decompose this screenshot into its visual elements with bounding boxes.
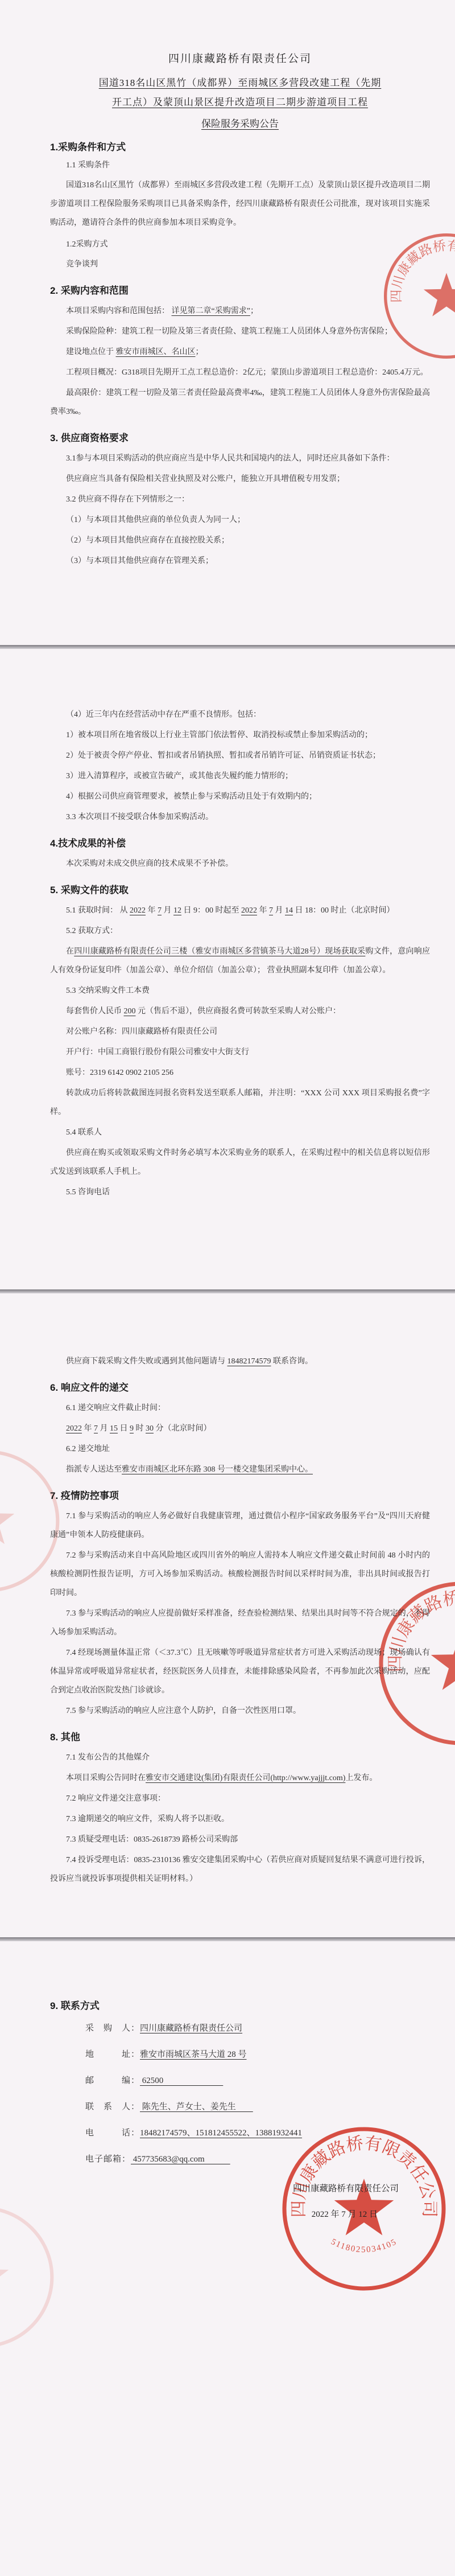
page-4: 9. 联系方式采 购 人：四川康藏路桥有限责任公司地 址：雅安市雨城区茶马大道 … [0, 1941, 455, 2576]
para-text: 工程项目概况：G318项目先期开工点工程总造价：2亿元；蒙顶山步游道项目工程总造… [50, 363, 430, 382]
text-segment: 雅安市交通建设(集团)有限责任公司(http://www.yajjjt.com) [146, 1774, 345, 1782]
para-text: 3）进入清算程序，或被宣告破产，或其他丧失履约能力情形的； [50, 767, 430, 786]
para-text: 5.1 获取时间： 从 2022 年 7 月 12 日 9：00 时起至 202… [50, 901, 430, 920]
contact-label: 采 购 人： [85, 2024, 140, 2033]
para-text: 在四川康藏路桥有限责任公司三楼（雅安市雨城区多营镇茶马大道28号）现场获取采购文… [50, 942, 430, 980]
para-text: 7.1 发布公告的其他媒介 [50, 1748, 430, 1767]
para-text: 7.5 参与采购活动的响应人应注意个人防护，自备一次性医用口罩。 [50, 1702, 430, 1720]
para-text: 7.3 参与采购活动的响应人应提前做好采样准备，经查验检测结果、结果出具时间等不… [50, 1604, 430, 1642]
page-divider [0, 645, 455, 649]
text-segment: 2022 [66, 1424, 82, 1433]
para-text: 指派专人送达至雅安市雨城区北环东路 308 号一楼交建集团采购中心。 [50, 1460, 430, 1479]
para-text: 5.3 交纳采购文件工本费 [50, 981, 430, 1000]
document-company: 四川康藏路桥有限责任公司 [50, 50, 430, 65]
text-segment: 本项目采购内容和范围包括： [66, 307, 172, 315]
contact-email: 电子邮箱： 457735683@qq.com [85, 2150, 430, 2169]
section-8-heading: 8. 其他 [50, 1729, 430, 1743]
section-4-heading: 4.技术成果的补偿 [50, 835, 430, 849]
para-text: 本项目采购内容和范围包括： 详见第二章“采购需求”； [50, 302, 430, 321]
text-segment: 月 [162, 906, 173, 915]
signature-date: 2022 年 7 月 12 日 [50, 2208, 430, 2220]
para-text: 6.2 递交地址 [50, 1440, 430, 1458]
section-2-heading: 2. 采购内容和范围 [50, 282, 430, 297]
faint-seal-left-icon [0, 2203, 57, 2351]
text-segment: 指派专人送达至 [66, 1465, 122, 1474]
text-segment: 日 [118, 1424, 130, 1433]
section-3-heading: 3. 供应商资格要求 [50, 430, 430, 444]
para-text: 5.2 获取方式： [50, 922, 430, 940]
contact-value: 18482174579、151812455522、13881932441 [140, 2129, 302, 2138]
contact-phone: 电 话：18482174579、151812455522、13881932441 [85, 2124, 430, 2143]
signature-company: 四川康藏路桥有限责任公司 [50, 2181, 430, 2194]
text-segment: 每套售价人民币 [66, 1007, 124, 1016]
text-segment: 时 [134, 1424, 146, 1433]
text-segment: 本项目采购公告同时在 [66, 1774, 146, 1782]
para-text: （4）近三年内在经营活动中存在严重不良情形。包括： [50, 705, 430, 724]
para-text: 本次采购对未成交供应商的技术成果不予补偿。 [50, 854, 430, 873]
contact-label: 邮 编： [85, 2076, 140, 2085]
para-text: （2）与本项目其他供应商存在直接控股关系； [50, 531, 430, 550]
contact-value: 457735683@qq.com [131, 2155, 230, 2164]
text-segment: 雅安市雨城区北环东路 308 号一楼交建集团采购中心。 [122, 1465, 313, 1474]
contact-label: 电 话： [85, 2129, 140, 2138]
text-segment: 详见第二章“采购需求” [172, 307, 250, 315]
text-segment: 月 [98, 1424, 110, 1433]
contact-postcode: 邮 编： 62500 [85, 2072, 430, 2090]
text-segment: 日 18：00 时止（北京时间） [293, 906, 395, 915]
para-text: （3）与本项目其他供应商存在管理关系； [50, 552, 430, 570]
text-segment: 年 [146, 906, 158, 915]
text-segment: 2022 [130, 906, 146, 915]
para-text: 3.1参与本项目采购活动的供应商应当是中华人民共和国境内的法人，同时还应具备如下… [50, 449, 430, 468]
text-segment: 月 [273, 906, 285, 915]
para-text: 5.4 联系人 [50, 1123, 430, 1142]
text-segment: 2022 [241, 906, 257, 915]
page-1: 四川康藏路桥有限责任公司国道318名山区黑竹（成都界）至雨城区多营段改建工程（先… [0, 0, 455, 645]
text-segment: 12 [173, 906, 181, 915]
text-segment: 联系咨询。 [271, 1357, 313, 1366]
para-text: 1）被本项目所在地省级以上行业主管部门依法暂停、取消投标或禁止参加采购活动的； [50, 726, 430, 745]
seal-serial-text: 5118025034105 [329, 2237, 399, 2254]
para-text: 竞争谈判 [50, 255, 430, 274]
para-text: 7.2 参与采购活动来自中高风险地区或四川省外的响应人需持本人响应文件递交截止时… [50, 1546, 430, 1603]
text-segment: 200 [124, 1007, 136, 1016]
para-text: 3.3 本次项目不接受联合体参加采购活动。 [50, 808, 430, 827]
text-segment: ； [196, 348, 204, 356]
contact-value: 62500 [140, 2076, 223, 2085]
text-segment: 30 [146, 1424, 154, 1433]
para-text: 5.5 咨询电话 [50, 1183, 430, 1202]
para-text: 7.4 投诉受理电话：0835-2310136 雅安交建集团采购中心（若供应商对… [50, 1851, 430, 1888]
svg-text:5118025034105: 5118025034105 [329, 2237, 399, 2254]
para-text: 7.2 响应文件递交注意事项： [50, 1789, 430, 1808]
para-text: 开户行：中国工商银行股份有限公司雅安中大街支行 [50, 1043, 430, 1062]
text-segment: 上发布。 [345, 1774, 377, 1782]
para-text: 供应商在购买或领取采购文件时务必填写本次采购业务的联系人，在采购过程中的相关信息… [50, 1144, 430, 1181]
contact-address: 地 址：雅安市雨城区茶马大道 28 号 [85, 2045, 430, 2064]
text-segment: 四川康藏路桥有限责任公司三楼（雅安市雨城区多营镇茶马大道28号）现场获取采 [74, 947, 365, 956]
procurement-announcement-document: 四川康藏路桥有限责任公司国道318名山区黑竹（成都界）至雨城区多营段改建工程（先… [0, 0, 455, 2576]
contact-value: 陈先生、芦女士、姜先生 [140, 2102, 253, 2111]
text-segment: 日 9：00 时起至 [181, 906, 241, 915]
text-segment: 保险服务采购公告 [201, 118, 279, 129]
para-text: 7.1 参与采购活动的响应人务必做好自我健康管理，通过微信小程序“国家政务服务平… [50, 1507, 430, 1544]
para-text: 采购保险险种：建筑工程一切险及第三者责任险、建筑工程施工人员团体人身意外伤害保险… [50, 322, 430, 341]
para-text: 最高限价：建筑工程一切险及第三者责任险最高费率4‰，建筑工程施工人员团体人身意外… [50, 384, 430, 421]
text-segment: 雅安市雨城区、名山区 [116, 348, 196, 356]
contact-purchaser: 采 购 人：四川康藏路桥有限责任公司 [85, 2019, 430, 2038]
text-segment: 建设地点位于 [66, 348, 116, 356]
para-text: 转款成功后将转款截图连同报名资料发送至联系人邮箱，并注明：“XXX 公司 XXX… [50, 1084, 430, 1121]
contact-value: 雅安市雨城区茶马大道 28 号 [140, 2050, 247, 2059]
text-segment: 国道318名山区黑竹（成都界）至雨城区多营段改建工程（先期 [99, 77, 382, 88]
para-text: 国道318名山区黑竹（成都界）至雨城区多营段改建工程（先期开工点）及蒙顶山景区提… [50, 176, 430, 232]
section-7-heading: 7. 疫情防控事项 [50, 1488, 430, 1502]
para-text: 2）处于被责令停产停业、暂扣或者吊销执照、暂扣或者吊销许可证、吊销资质证书状态； [50, 746, 430, 765]
text-segment: 开工点）及蒙顶山景区提升改造项目二期步游道项目工程 [112, 97, 368, 108]
para-text: 对公账户名称：四川康藏路桥有限责任公司 [50, 1022, 430, 1041]
section-6-heading: 6. 响应文件的递交 [50, 1379, 430, 1394]
text-segment: 9 [130, 1424, 134, 1433]
text-segment: 18482174579 [227, 1357, 271, 1366]
contact-label: 电子邮箱： [85, 2155, 131, 2164]
para-text: 4）根据公司供应商管理要求，被禁止参与采购活动且处于有效期内的； [50, 787, 430, 806]
para-text: 7.3 逾期递交的响应文件，采购人将予以拒收。 [50, 1810, 430, 1829]
page-2: （4）近三年内在经营活动中存在严重不良情形。包括：1）被本项目所在地省级以上行业… [0, 649, 455, 1289]
text-segment: 年 [82, 1424, 94, 1433]
text-segment: 5.1 获取时间： 从 [66, 906, 130, 915]
text-segment: 供应商下载采购文件失败或遇到其他问题请与 [66, 1357, 227, 1366]
para-text: 3.2 供应商不得存在下列情形之一： [50, 490, 430, 509]
para-text: 2022 年 7 月 15 日 9 时 30 分（北京时间） [50, 1419, 430, 1438]
para-text: 6.1 递交响应文件截止时间： [50, 1399, 430, 1418]
page-divider [0, 1937, 455, 1941]
contact-label: 联 系 人： [85, 2102, 140, 2111]
section-5-heading: 5. 采购文件的获取 [50, 882, 430, 896]
para-text: 供应商下载采购文件失败或遇到其他问题请与 18482174579 联系咨询。 [50, 1352, 430, 1371]
text-segment: 7 [94, 1424, 98, 1433]
para-text: 每套售价人民币 200 元（售后不退），供应商报名费可转款至采购人对公账户： [50, 1002, 430, 1021]
section-1-heading: 1.采购条件和方式 [50, 139, 430, 153]
text-segment: 年 [257, 906, 269, 915]
text-segment: 7 [158, 906, 162, 915]
document-title-line2: 开工点）及蒙顶山景区提升改造项目二期步游道项目工程 [50, 93, 430, 112]
text-segment: 在 [66, 947, 74, 956]
contact-value: 四川康藏路桥有限责任公司 [140, 2024, 242, 2033]
contact-label: 地 址： [85, 2050, 140, 2059]
text-segment: 14 [285, 906, 293, 915]
para-text: 7.4 经现场测量体温正常（＜37.3℃）且无咳嗽等呼吸道异常症状者方可进入采购… [50, 1644, 430, 1700]
text-segment: ； [250, 307, 258, 315]
page-3: 供应商下载采购文件失败或遇到其他问题请与 18482174579 联系咨询。6.… [0, 1293, 455, 1937]
text-segment: 15 [110, 1424, 118, 1433]
para-text: 建设地点位于 雅安市雨城区、名山区； [50, 343, 430, 361]
para-text: 账号：2319 6142 0902 2105 256 [50, 1063, 430, 1082]
para-text: 本项目采购公告同时在雅安市交通建设(集团)有限责任公司(http://www.y… [50, 1769, 430, 1788]
section-9-heading: 9. 联系方式 [50, 1998, 430, 2012]
document-title-line1: 国道318名山区黑竹（成都界）至雨城区多营段改建工程（先期 [50, 73, 430, 93]
section-1-2-heading: 1.2采购方式 [50, 238, 430, 249]
contact-person: 联 系 人： 陈先生、芦女士、姜先生 [85, 2098, 430, 2117]
text-segment: 元（售后不退），供应商报名费可转款至采购人对公账户： [136, 1007, 341, 1016]
para-text: 供应商应当具备有保险相关营业执照及对公账户，能独立开具增值税专用发票； [50, 470, 430, 488]
section-1-1-heading: 1.1 采购条件 [50, 159, 430, 170]
page-divider [0, 1289, 455, 1293]
para-text: （1）与本项目其他供应商的单位负责人为同一人； [50, 511, 430, 529]
text-segment: 7 [269, 906, 273, 915]
para-text: 7.3 质疑受理电话：0835-2618739 路桥公司采购部 [50, 1830, 430, 1849]
text-segment: 分（北京时间） [154, 1424, 212, 1433]
document-subtitle: 保险服务采购公告 [50, 116, 430, 130]
